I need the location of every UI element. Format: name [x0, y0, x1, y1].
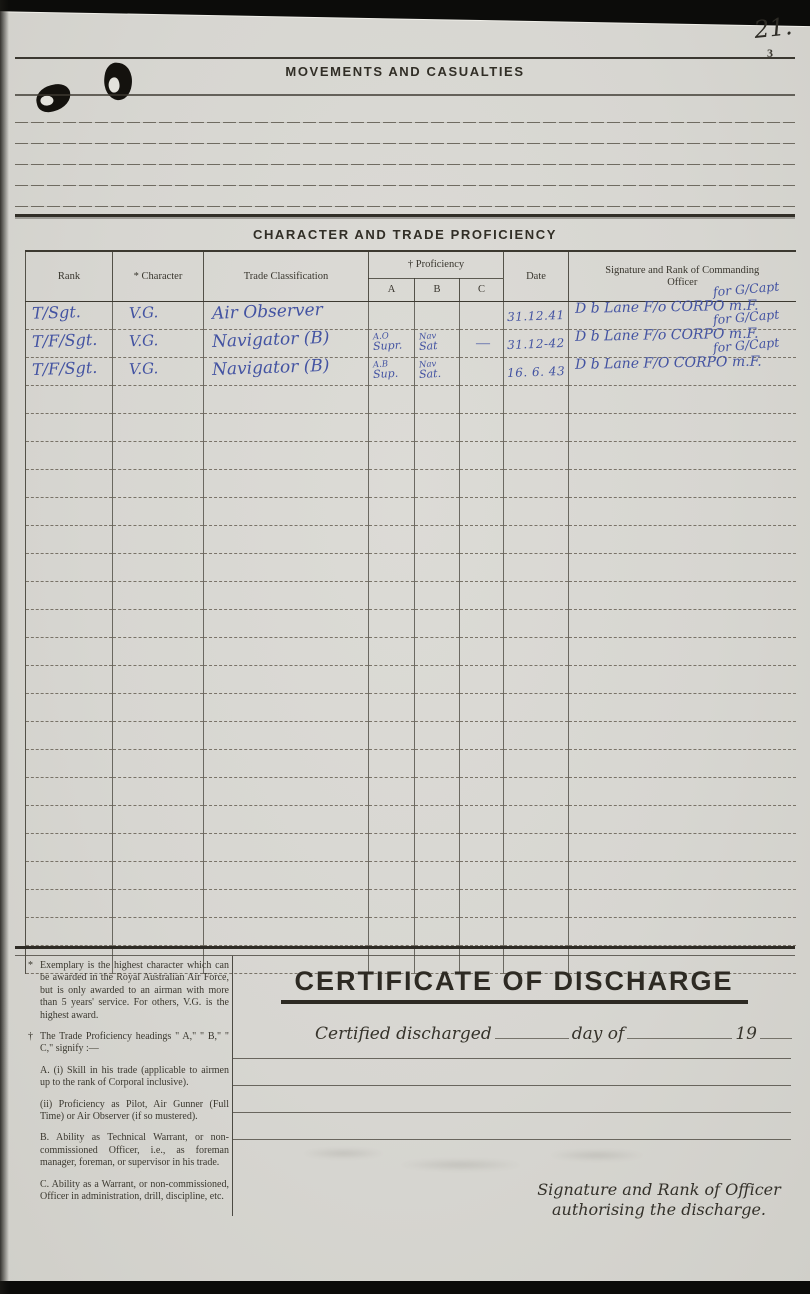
scan-edge-top	[0, 0, 810, 27]
cell-trade	[204, 526, 369, 554]
cell-trade	[204, 806, 369, 834]
cell-trade	[204, 498, 369, 526]
day-of-label: day of	[569, 1024, 628, 1044]
proficiency-section-title: CHARACTER AND TRADE PROFICIENCY	[0, 227, 810, 242]
cell-proficiency-b: NavSat.	[415, 358, 460, 386]
table-row-blank	[26, 834, 796, 862]
handwritten-entry: T/Sgt.	[28, 301, 81, 322]
cell-character	[113, 442, 204, 470]
cell-character	[113, 666, 204, 694]
handwritten-entry: Air Observer	[206, 300, 323, 323]
cell-date: 16. 6. 43	[504, 358, 569, 386]
table-row-blank	[26, 722, 796, 750]
cell-date	[504, 890, 569, 918]
cell-character	[113, 414, 204, 442]
cell-rank: T/F/Sgt.	[26, 358, 113, 386]
handwritten-entry: A.OSupr.	[371, 330, 412, 351]
col-header-rank: Rank	[26, 251, 113, 302]
movements-blank-line	[15, 122, 795, 123]
footnote-paragraph: A. (i) Skill in his trade (applicable to…	[27, 1065, 229, 1090]
cell-rank	[26, 834, 113, 862]
movements-title-underline	[15, 94, 795, 96]
cell-proficiency-a	[369, 778, 415, 806]
cell-signature	[569, 470, 796, 498]
handwritten-entry: Navigator (B)	[206, 328, 330, 351]
cell-trade	[204, 918, 369, 946]
cell-character	[113, 526, 204, 554]
cell-rank	[26, 526, 113, 554]
table-row: T/F/Sgt.V.G.Navigator (B)A.BSup.NavSat.1…	[26, 358, 796, 386]
cell-proficiency-b	[415, 414, 460, 442]
certificate-title-text: CERTIFICATE OF DISCHARGE	[281, 966, 748, 1004]
cell-trade	[204, 834, 369, 862]
cell-trade: Navigator (B)	[204, 358, 369, 386]
cell-signature: for G/CaptD b Lane F/O CORPO m.F.	[569, 358, 796, 386]
cell-proficiency-a	[369, 918, 415, 946]
scan-edge-bottom	[0, 1281, 810, 1294]
certificate-blank-line	[233, 1112, 791, 1113]
cell-trade	[204, 666, 369, 694]
cell-character	[113, 834, 204, 862]
handwritten-entry: V.G.	[115, 301, 159, 321]
cell-character	[113, 610, 204, 638]
cell-proficiency-c	[460, 834, 504, 862]
scan-edge-left-shadow	[0, 0, 9, 1294]
cell-rank	[26, 638, 113, 666]
handwritten-entry: Navigator (B)	[206, 356, 330, 379]
cell-proficiency-a	[369, 610, 415, 638]
cell-proficiency-c	[460, 302, 504, 330]
cell-proficiency-c	[460, 610, 504, 638]
footnote-text: C. Ability as a Warrant, or non-commissi…	[40, 1179, 229, 1202]
cell-signature	[569, 918, 796, 946]
cell-rank	[26, 918, 113, 946]
cell-date: 31.12.41	[504, 302, 569, 330]
blank-fill-line	[760, 1018, 792, 1039]
cell-proficiency-b	[415, 554, 460, 582]
footnotes: *Exemplary is the highest character whic…	[27, 960, 229, 1213]
footnote-marker: †	[28, 1031, 33, 1043]
cell-trade: Air Observer	[204, 302, 369, 330]
cell-character	[113, 778, 204, 806]
footnote-text: The Trade Proficiency headings " A," " B…	[40, 1031, 229, 1054]
cell-character	[113, 806, 204, 834]
cell-signature	[569, 862, 796, 890]
cell-character: V.G.	[113, 330, 204, 358]
footnote-marker: *	[28, 960, 33, 972]
cell-proficiency-b	[415, 442, 460, 470]
handwritten-page-number: 21.	[752, 12, 793, 44]
cell-proficiency-a	[369, 498, 415, 526]
cell-date	[504, 862, 569, 890]
cell-date	[504, 694, 569, 722]
cell-rank	[26, 666, 113, 694]
cell-proficiency-c	[460, 386, 504, 414]
cell-proficiency-a	[369, 442, 415, 470]
cell-character	[113, 470, 204, 498]
cell-signature	[569, 890, 796, 918]
cell-character	[113, 694, 204, 722]
cell-character	[113, 554, 204, 582]
cell-signature	[569, 554, 796, 582]
cell-proficiency-a: A.BSup.	[369, 358, 415, 386]
movements-blank-line	[15, 206, 795, 207]
cell-proficiency-b	[415, 778, 460, 806]
cell-rank	[26, 806, 113, 834]
handwritten-entry: T/F/Sgt.	[28, 329, 98, 350]
cell-proficiency-a	[369, 834, 415, 862]
footnote-text: A. (i) Skill in his trade (applicable to…	[40, 1065, 229, 1088]
year-prefix: 19	[732, 1024, 760, 1044]
footnote-paragraph: †The Trade Proficiency headings " A," " …	[27, 1031, 229, 1056]
handwritten-entry: V.G.	[115, 329, 159, 349]
footnote-paragraph: *Exemplary is the highest character whic…	[27, 960, 229, 1022]
cell-rank	[26, 470, 113, 498]
bleed-through-smudge	[285, 1142, 675, 1180]
signature-caption-line2: authorising the discharge.	[520, 1200, 798, 1220]
handwritten-entry: 31.12-42	[506, 329, 565, 351]
cell-date	[504, 918, 569, 946]
cell-proficiency-b	[415, 918, 460, 946]
cell-trade	[204, 442, 369, 470]
table-bottom-rule	[15, 946, 795, 956]
cell-rank	[26, 722, 113, 750]
table-row-blank	[26, 470, 796, 498]
cell-signature	[569, 526, 796, 554]
cell-proficiency-b	[415, 806, 460, 834]
certified-label: Certified discharged	[312, 1024, 495, 1044]
cell-rank	[26, 498, 113, 526]
cell-proficiency-c	[460, 806, 504, 834]
table-row-blank	[26, 778, 796, 806]
table-row-blank	[26, 638, 796, 666]
cell-date	[504, 610, 569, 638]
cell-character	[113, 890, 204, 918]
cell-proficiency-b	[415, 750, 460, 778]
col-header-b: B	[415, 279, 460, 302]
cell-proficiency-c	[460, 470, 504, 498]
cell-rank	[26, 442, 113, 470]
cell-proficiency-a: A.OSupr.	[369, 330, 415, 358]
cell-rank	[26, 778, 113, 806]
cell-proficiency-c	[460, 554, 504, 582]
cell-trade	[204, 750, 369, 778]
table-row-blank	[26, 890, 796, 918]
cell-proficiency-a	[369, 302, 415, 330]
cell-trade	[204, 554, 369, 582]
handwritten-entry: NavSat.	[417, 358, 457, 379]
cell-proficiency-b	[415, 722, 460, 750]
cell-date	[504, 750, 569, 778]
table-row-blank	[26, 526, 796, 554]
cell-proficiency-a	[369, 750, 415, 778]
cell-proficiency-b	[415, 638, 460, 666]
cell-signature	[569, 386, 796, 414]
cell-proficiency-b	[415, 666, 460, 694]
scanned-service-record-page: 21. 3 MOVEMENTS AND CASUALTIES CHARACTER…	[0, 0, 810, 1294]
cell-trade	[204, 694, 369, 722]
cell-proficiency-c	[460, 414, 504, 442]
cell-proficiency-b	[415, 834, 460, 862]
signature-handwriting: D b Lane F/O CORPO m.F.	[571, 354, 794, 373]
cell-signature	[569, 498, 796, 526]
cell-trade	[204, 582, 369, 610]
cell-rank: T/F/Sgt.	[26, 330, 113, 358]
cell-proficiency-c	[460, 862, 504, 890]
cell-signature	[569, 750, 796, 778]
ink-blot-icon	[33, 81, 73, 115]
cell-proficiency-b	[415, 694, 460, 722]
handwritten-entry: A.BSup.	[371, 358, 412, 379]
certificate-title: CERTIFICATE OF DISCHARGE	[233, 966, 795, 1004]
footnote-paragraph: (ii) Proficiency as Pilot, Air Gunner (F…	[27, 1099, 229, 1124]
cell-date	[504, 638, 569, 666]
cell-signature	[569, 582, 796, 610]
cell-date	[504, 526, 569, 554]
blank-fill-line	[627, 1018, 732, 1039]
cell-rank: T/Sgt.	[26, 302, 113, 330]
cell-date	[504, 582, 569, 610]
cell-proficiency-c	[460, 890, 504, 918]
cell-signature	[569, 610, 796, 638]
cell-trade	[204, 638, 369, 666]
handwritten-entry: T/F/Sgt.	[28, 357, 98, 378]
cell-date	[504, 722, 569, 750]
table-row-blank	[26, 414, 796, 442]
cell-date	[504, 498, 569, 526]
certificate-blank-line	[233, 1085, 791, 1086]
footnote-text: Exemplary is the highest character which…	[40, 960, 229, 1021]
cell-proficiency-c	[460, 722, 504, 750]
cell-proficiency-b	[415, 526, 460, 554]
cell-proficiency-c	[460, 582, 504, 610]
cell-trade	[204, 862, 369, 890]
cell-rank	[26, 750, 113, 778]
cell-proficiency-a	[369, 722, 415, 750]
cell-rank	[26, 414, 113, 442]
cell-proficiency-c	[460, 498, 504, 526]
cell-proficiency-b: NavSat	[415, 330, 460, 358]
cell-rank	[26, 610, 113, 638]
cell-proficiency-b	[415, 302, 460, 330]
cell-date: 31.12-42	[504, 330, 569, 358]
cell-character	[113, 498, 204, 526]
cell-date	[504, 442, 569, 470]
cell-signature	[569, 442, 796, 470]
table-row-blank	[26, 918, 796, 946]
cell-proficiency-b	[415, 386, 460, 414]
cell-proficiency-a	[369, 386, 415, 414]
col-header-character: * Character	[113, 251, 204, 302]
cell-proficiency-a	[369, 582, 415, 610]
table-row-blank	[26, 610, 796, 638]
cell-date	[504, 470, 569, 498]
cell-character	[113, 750, 204, 778]
cell-proficiency-c	[460, 358, 504, 386]
cell-trade	[204, 722, 369, 750]
cell-proficiency-b	[415, 610, 460, 638]
cell-date	[504, 554, 569, 582]
cell-trade	[204, 386, 369, 414]
cell-proficiency-a	[369, 638, 415, 666]
cell-proficiency-b	[415, 498, 460, 526]
cell-proficiency-c	[460, 694, 504, 722]
certificate-blank-line	[233, 1139, 791, 1140]
footnote-text: (ii) Proficiency as Pilot, Air Gunner (F…	[40, 1099, 229, 1122]
cell-trade: Navigator (B)	[204, 330, 369, 358]
cell-proficiency-c	[460, 750, 504, 778]
cell-rank	[26, 862, 113, 890]
proficiency-table-body: T/Sgt.V.G.Air Observer31.12.41for G/Capt…	[26, 302, 796, 974]
table-row-blank	[26, 694, 796, 722]
col-header-date: Date	[504, 251, 569, 302]
cell-proficiency-b	[415, 582, 460, 610]
table-row-blank	[26, 750, 796, 778]
cell-date	[504, 666, 569, 694]
cell-proficiency-c: —	[460, 330, 504, 358]
signature-caption-line1: Signature and Rank of Officer	[520, 1180, 798, 1200]
table-row-blank	[26, 806, 796, 834]
cell-proficiency-a	[369, 694, 415, 722]
movements-blank-line	[15, 185, 795, 186]
cell-date	[504, 414, 569, 442]
footnote-paragraph: C. Ability as a Warrant, or non-commissi…	[27, 1179, 229, 1204]
cell-date	[504, 778, 569, 806]
cell-signature	[569, 414, 796, 442]
cell-signature	[569, 638, 796, 666]
handwritten-entry: V.G.	[115, 357, 159, 377]
certified-discharged-line: Certified discharged day of 19	[312, 1018, 792, 1044]
cell-date	[504, 806, 569, 834]
footnote-text: B. Ability as Technical Warrant, or non-…	[40, 1132, 229, 1168]
cell-character: V.G.	[113, 302, 204, 330]
table-row-blank	[26, 498, 796, 526]
cell-rank	[26, 890, 113, 918]
col-header-c: C	[460, 279, 504, 302]
col-header-proficiency: † Proficiency	[369, 251, 504, 279]
top-rule	[15, 57, 795, 59]
cell-proficiency-c	[460, 638, 504, 666]
cell-character	[113, 918, 204, 946]
cell-proficiency-b	[415, 862, 460, 890]
cell-signature	[569, 834, 796, 862]
cell-character	[113, 862, 204, 890]
cell-proficiency-c	[460, 778, 504, 806]
cell-character: V.G.	[113, 358, 204, 386]
cell-character	[113, 386, 204, 414]
cell-signature	[569, 666, 796, 694]
cell-proficiency-a	[369, 666, 415, 694]
table-row-blank	[26, 554, 796, 582]
cell-rank	[26, 694, 113, 722]
handwritten-entry: NavSat	[417, 330, 457, 351]
cell-trade	[204, 414, 369, 442]
cell-signature	[569, 694, 796, 722]
cell-proficiency-c	[460, 442, 504, 470]
movements-blank-line	[15, 164, 795, 165]
cell-proficiency-a	[369, 890, 415, 918]
cell-trade	[204, 470, 369, 498]
cell-trade	[204, 890, 369, 918]
cell-proficiency-a	[369, 414, 415, 442]
cell-proficiency-a	[369, 806, 415, 834]
handwritten-entry: 16. 6. 43	[506, 357, 566, 379]
cell-proficiency-b	[415, 890, 460, 918]
cell-proficiency-c	[460, 526, 504, 554]
table-row-blank	[26, 386, 796, 414]
cell-date	[504, 834, 569, 862]
cell-character	[113, 582, 204, 610]
cell-rank	[26, 386, 113, 414]
signature-caption: Signature and Rank of Officer authorisin…	[520, 1180, 798, 1220]
table-row-blank	[26, 862, 796, 890]
cell-proficiency-a	[369, 526, 415, 554]
cell-character	[113, 722, 204, 750]
footnote-paragraph: B. Ability as Technical Warrant, or non-…	[27, 1132, 229, 1169]
table-row-blank	[26, 442, 796, 470]
cell-trade	[204, 610, 369, 638]
handwritten-entry: —	[462, 330, 490, 352]
cell-proficiency-c	[460, 666, 504, 694]
cell-proficiency-a	[369, 554, 415, 582]
cell-signature	[569, 722, 796, 750]
cell-rank	[26, 582, 113, 610]
proficiency-table: Rank * Character Trade Classification † …	[25, 250, 795, 974]
certificate-blank-line	[233, 1058, 791, 1059]
cell-date	[504, 386, 569, 414]
cell-signature	[569, 778, 796, 806]
cell-proficiency-c	[460, 918, 504, 946]
col-header-trade: Trade Classification	[204, 251, 369, 302]
table-row-blank	[26, 666, 796, 694]
cell-trade	[204, 778, 369, 806]
cell-proficiency-b	[415, 470, 460, 498]
cell-rank	[26, 554, 113, 582]
blank-fill-line	[495, 1018, 569, 1039]
section-divider-rule	[15, 214, 795, 217]
cell-proficiency-a	[369, 470, 415, 498]
cell-character	[113, 638, 204, 666]
handwritten-entry: 31.12.41	[506, 301, 565, 323]
col-header-a: A	[369, 279, 415, 302]
table-row-blank	[26, 582, 796, 610]
movements-blank-line	[15, 143, 795, 144]
cell-signature	[569, 806, 796, 834]
cell-proficiency-a	[369, 862, 415, 890]
